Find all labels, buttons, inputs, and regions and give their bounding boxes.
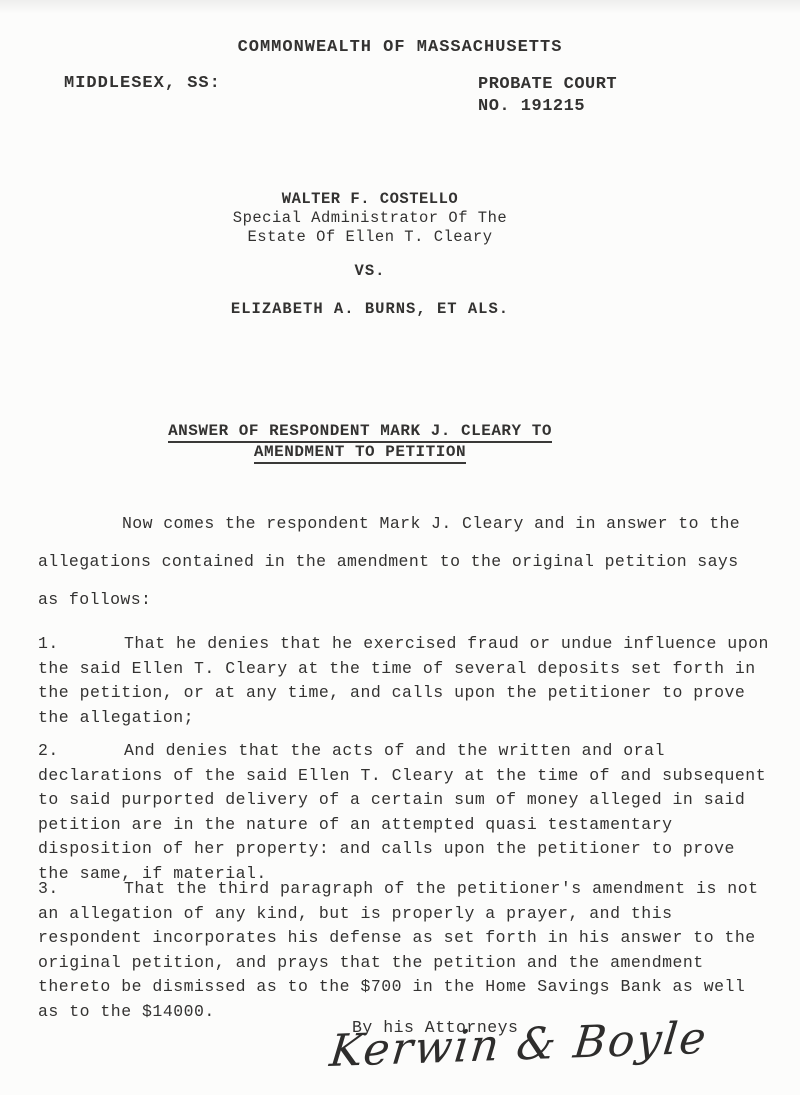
header-court-block: PROBATE COURT NO. 191215 [478,74,617,118]
header-county: MIDDLESEX, SS: [64,74,221,93]
paragraph-3-text: That the third paragraph of the petition… [38,879,769,1021]
caption-petitioner-name: WALTER F. COSTELLO [0,190,740,209]
paragraph-1-number: 1. [38,632,124,657]
scan-artifact-top-edge [0,0,800,14]
paragraph-1-text: That he denies that he exercised fraud o… [38,634,779,727]
caption-respondent-name: ELIZABETH A. BURNS, ET ALS. [0,300,740,318]
document-title: ANSWER OF RESPONDENT MARK J. CLEARY TO A… [0,422,720,464]
numbered-paragraph-1: 1.That he denies that he exercised fraud… [38,632,772,730]
paragraph-2-number: 2. [38,739,124,764]
numbered-paragraph-3: 3.That the third paragraph of the petiti… [38,877,772,1024]
caption-vs: VS. [0,262,740,280]
paragraph-2-text: And denies that the acts of and the writ… [38,741,777,883]
document-page: COMMONWEALTH OF MASSACHUSETTS MIDDLESEX,… [0,0,800,1095]
header-commonwealth: COMMONWEALTH OF MASSACHUSETTS [0,38,800,57]
header-case-number: NO. 191215 [478,96,617,118]
caption-petitioner-block: WALTER F. COSTELLO Special Administrator… [0,190,740,247]
caption-petitioner-estate: Estate Of Ellen T. Cleary [0,228,740,247]
caption-petitioner-role: Special Administrator Of The [0,209,740,228]
paragraph-3-number: 3. [38,877,124,902]
intro-paragraph: Now comes the respondent Mark J. Cleary … [38,505,766,619]
numbered-paragraph-2: 2.And denies that the acts of and the wr… [38,739,772,886]
header-court-name: PROBATE COURT [478,74,617,96]
document-title-line-2: AMENDMENT TO PETITION [254,443,466,464]
document-title-line-1: ANSWER OF RESPONDENT MARK J. CLEARY TO [168,422,552,443]
